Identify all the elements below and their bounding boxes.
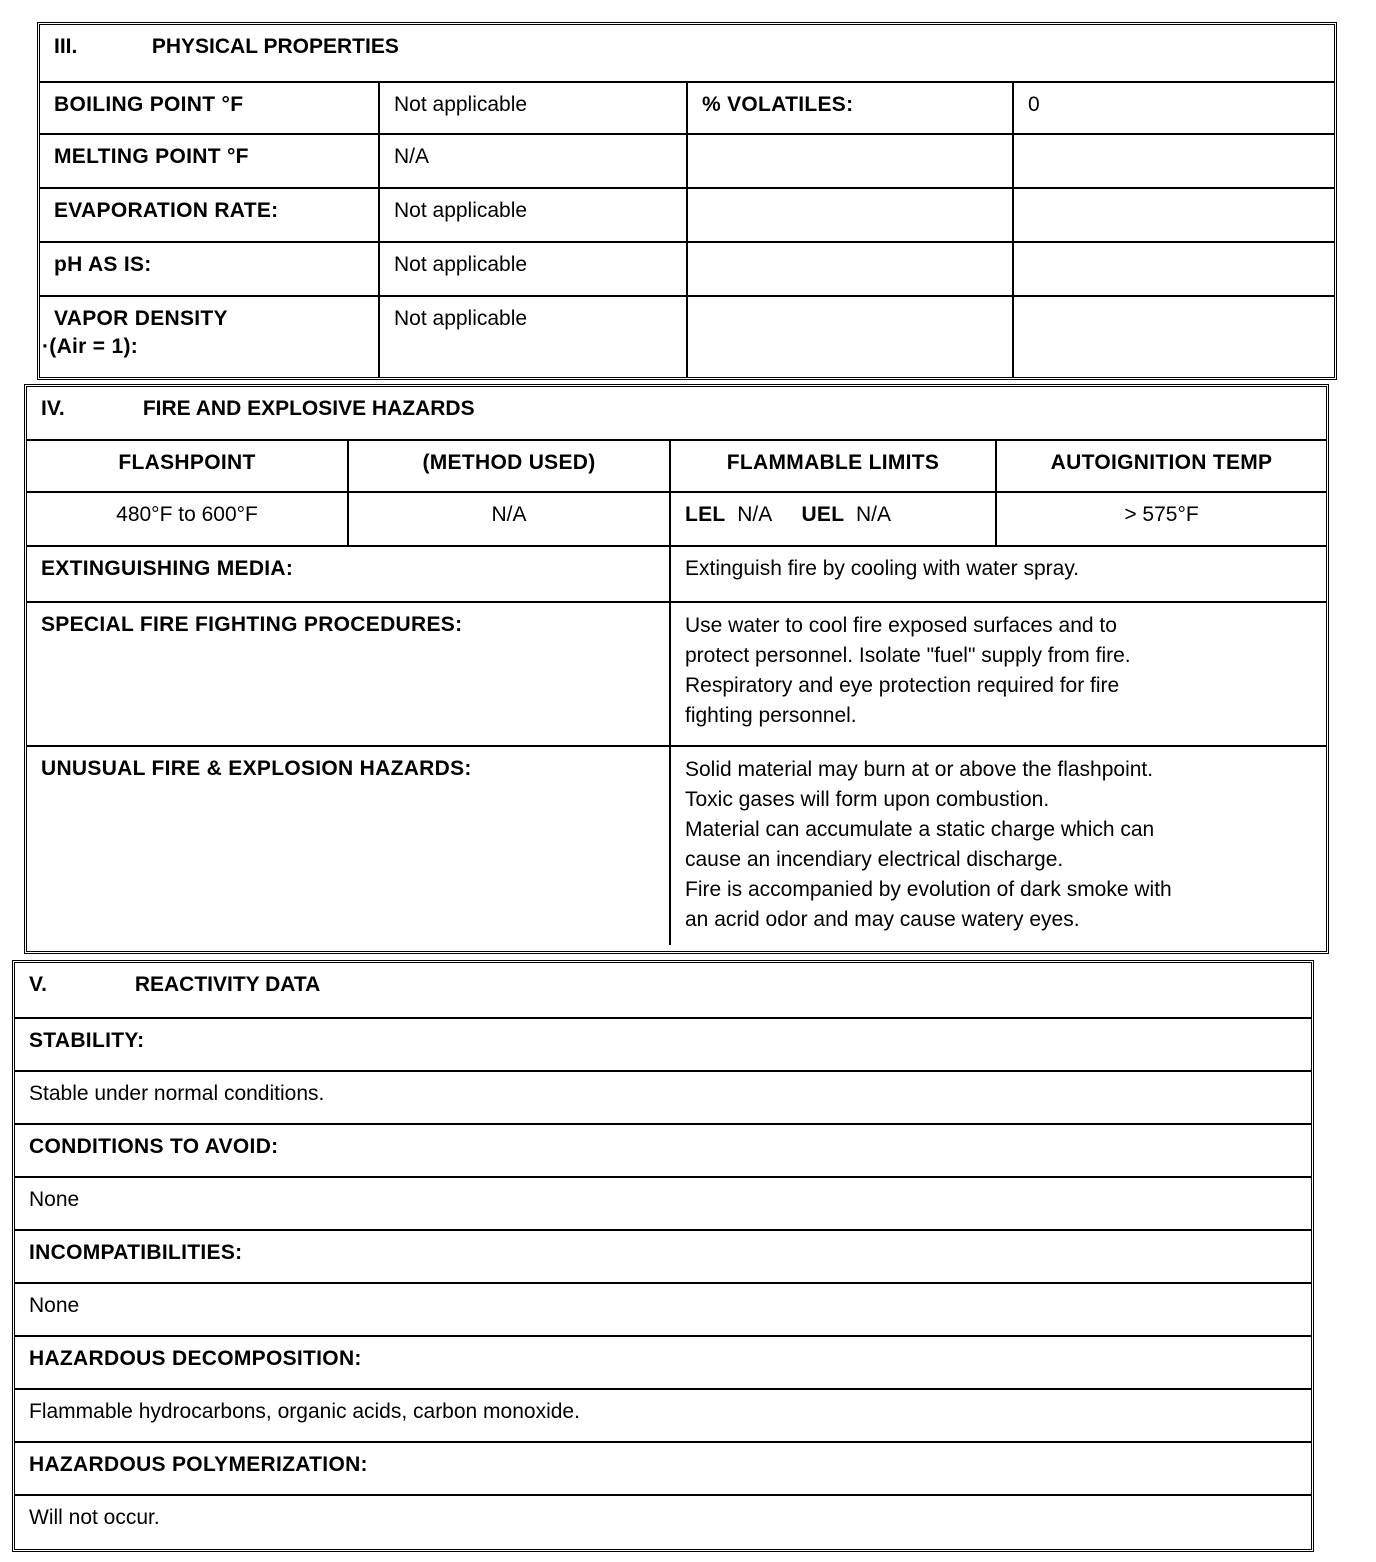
empty-cell: [686, 297, 1012, 377]
table-row: STABILITY:: [15, 1017, 1311, 1070]
autoignition-temp-value: > 575°F: [995, 493, 1326, 545]
table-row: Stable under normal conditions.: [15, 1070, 1311, 1123]
text-line: Use water to cool fire exposed surfaces …: [685, 611, 1312, 641]
uel-value: N/A: [856, 503, 891, 526]
boiling-point-value: Not applicable: [378, 83, 686, 133]
text-line: protect personnel. Isolate "fuel" supply…: [685, 641, 1312, 671]
ph-value: Not applicable: [378, 243, 686, 295]
vapor-density-label-line2: ·(Air = 1):: [42, 333, 364, 361]
section-fire-hazards: IV. FIRE AND EXPLOSIVE HAZARDS FLASHPOIN…: [24, 384, 1329, 954]
evaporation-rate-label: EVAPORATION RATE:: [40, 189, 378, 241]
empty-cell: [1012, 189, 1334, 241]
table-row: HAZARDOUS POLYMERIZATION:: [15, 1441, 1311, 1494]
text-line: an acrid odor and may cause watery eyes.: [685, 905, 1312, 935]
table-row: SPECIAL FIRE FIGHTING PROCEDURES: Use wa…: [27, 601, 1326, 745]
extinguishing-media-label: EXTINGUISHING MEDIA:: [27, 547, 669, 601]
boiling-point-label: BOILING POINT °F: [40, 83, 378, 133]
conditions-to-avoid-label: CONDITIONS TO AVOID:: [15, 1125, 1311, 1176]
section-reactivity-data: V. REACTIVITY DATA STABILITY: Stable und…: [12, 960, 1314, 1552]
flammable-limits-value: LEL N/A UEL N/A: [669, 493, 995, 545]
special-procedures-label: SPECIAL FIRE FIGHTING PROCEDURES:: [27, 603, 669, 745]
table-row: pH AS IS: Not applicable: [40, 241, 1334, 295]
empty-cell: [1012, 297, 1334, 377]
empty-cell: [1012, 243, 1334, 295]
method-used-value: N/A: [347, 493, 669, 545]
section-physical-properties: III. PHYSICAL PROPERTIES BOILING POINT °…: [37, 22, 1337, 380]
text-line: Fire is accompanied by evolution of dark…: [685, 875, 1312, 905]
table-row: MELTING POINT °F N/A: [40, 133, 1334, 187]
hazardous-polymerization-label: HAZARDOUS POLYMERIZATION:: [15, 1443, 1311, 1494]
table-row: 480°F to 600°F N/A LEL N/A UEL N/A > 575…: [27, 491, 1326, 545]
hazardous-decomposition-label: HAZARDOUS DECOMPOSITION:: [15, 1337, 1311, 1388]
table-row: INCOMPATIBILITIES:: [15, 1229, 1311, 1282]
text-line: Material can accumulate a static charge …: [685, 815, 1312, 845]
text-line: fighting personnel.: [685, 701, 1312, 731]
volatiles-value: 0: [1012, 83, 1334, 133]
table-header-row: FLASHPOINT (METHOD USED) FLAMMABLE LIMIT…: [27, 439, 1326, 491]
lel-label: LEL: [685, 503, 726, 526]
section-header: V. REACTIVITY DATA: [15, 963, 1311, 1017]
uel-label: UEL: [801, 503, 844, 526]
section-number: V.: [29, 973, 129, 997]
empty-cell: [686, 243, 1012, 295]
table-row: Flammable hydrocarbons, organic acids, c…: [15, 1388, 1311, 1441]
melting-point-label: MELTING POINT °F: [40, 135, 378, 187]
section-number: IV.: [41, 397, 137, 421]
section-title: PHYSICAL PROPERTIES: [152, 35, 399, 58]
section-number: III.: [54, 35, 146, 59]
section-header: IV. FIRE AND EXPLOSIVE HAZARDS: [27, 387, 1326, 439]
text-line: Toxic gases will form upon combustion.: [685, 785, 1312, 815]
table-row: Will not occur.: [15, 1494, 1311, 1546]
table-row: CONDITIONS TO AVOID:: [15, 1123, 1311, 1176]
vapor-density-label: VAPOR DENSITY ·(Air = 1):: [40, 297, 378, 377]
empty-cell: [686, 189, 1012, 241]
empty-cell: [1012, 135, 1334, 187]
autoignition-temp-header: AUTOIGNITION TEMP: [995, 441, 1326, 491]
section-title: REACTIVITY DATA: [135, 973, 321, 996]
method-used-header: (METHOD USED): [347, 441, 669, 491]
table-row: BOILING POINT °F Not applicable % VOLATI…: [40, 81, 1334, 133]
stability-label: STABILITY:: [15, 1019, 1311, 1070]
section-header: III. PHYSICAL PROPERTIES: [40, 25, 1334, 81]
table-row: None: [15, 1282, 1311, 1335]
incompatibilities-value: None: [15, 1284, 1311, 1335]
table-row: EVAPORATION RATE: Not applicable: [40, 187, 1334, 241]
special-procedures-value: Use water to cool fire exposed surfaces …: [669, 603, 1326, 745]
flashpoint-header: FLASHPOINT: [27, 441, 347, 491]
unusual-hazards-label: UNUSUAL FIRE & EXPLOSION HAZARDS:: [27, 747, 669, 945]
incompatibilities-label: INCOMPATIBILITIES:: [15, 1231, 1311, 1282]
unusual-hazards-value: Solid material may burn at or above the …: [669, 747, 1326, 945]
hazardous-decomposition-value: Flammable hydrocarbons, organic acids, c…: [15, 1390, 1311, 1441]
melting-point-value: N/A: [378, 135, 686, 187]
vapor-density-value: Not applicable: [378, 297, 686, 377]
conditions-to-avoid-value: None: [15, 1178, 1311, 1229]
hazardous-polymerization-value: Will not occur.: [15, 1496, 1311, 1546]
text-line: cause an incendiary electrical discharge…: [685, 845, 1312, 875]
lel-value: N/A: [737, 503, 772, 526]
flashpoint-value: 480°F to 600°F: [27, 493, 347, 545]
stability-value: Stable under normal conditions.: [15, 1072, 1311, 1123]
empty-cell: [686, 135, 1012, 187]
ph-label: pH AS IS:: [40, 243, 378, 295]
section-title: FIRE AND EXPLOSIVE HAZARDS: [143, 397, 475, 420]
flammable-limits-header: FLAMMABLE LIMITS: [669, 441, 995, 491]
volatiles-label: % VOLATILES:: [686, 83, 1012, 133]
table-row: None: [15, 1176, 1311, 1229]
text-line: Respiratory and eye protection required …: [685, 671, 1312, 701]
text-line: Solid material may burn at or above the …: [685, 755, 1312, 785]
table-row: VAPOR DENSITY ·(Air = 1): Not applicable: [40, 295, 1334, 377]
extinguishing-media-value: Extinguish fire by cooling with water sp…: [669, 547, 1326, 601]
table-row: UNUSUAL FIRE & EXPLOSION HAZARDS: Solid …: [27, 745, 1326, 945]
table-row: HAZARDOUS DECOMPOSITION:: [15, 1335, 1311, 1388]
evaporation-rate-value: Not applicable: [378, 189, 686, 241]
vapor-density-label-line1: VAPOR DENSITY: [54, 305, 364, 333]
table-row: EXTINGUISHING MEDIA: Extinguish fire by …: [27, 545, 1326, 601]
